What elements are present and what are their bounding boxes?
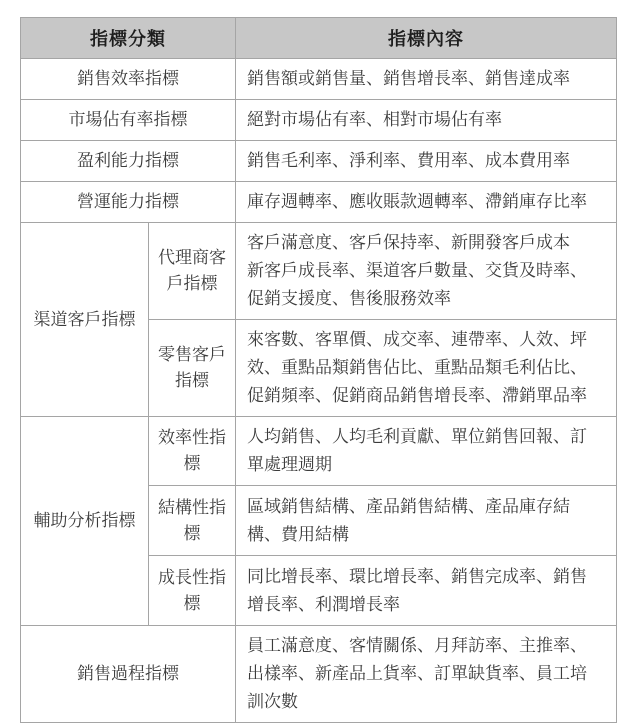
page: 指標分類 指標內容 銷售效率指標 銷售額或銷售量、銷售增長率、銷售達成率 市場佔… — [0, 0, 640, 726]
header-content: 指標內容 — [236, 18, 617, 59]
subcategory-agent-customer: 代理商客戶指標 — [149, 223, 236, 320]
category-profitability: 盈利能力指標 — [21, 141, 236, 182]
table-header-row: 指標分類 指標內容 — [21, 18, 617, 59]
content-efficiency: 人均銷售、人均毛利貢獻、單位銷售回報、訂 單處理週期 — [236, 417, 617, 486]
content-market-share: 絕對市場佔有率、相對市場佔有率 — [236, 100, 617, 141]
table-row: 輔助分析指標 效率性指標 人均銷售、人均毛利貢獻、單位銷售回報、訂 單處理週期 — [21, 417, 617, 486]
content-sales-process: 員工滿意度、客情關係、月拜訪率、主推率、 出樣率、新產品上貨率、訂單缺貨率、員工… — [236, 626, 617, 723]
subcategory-efficiency: 效率性指標 — [149, 417, 236, 486]
content-sales-efficiency: 銷售額或銷售量、銷售增長率、銷售達成率 — [236, 59, 617, 100]
content-agent-customer: 客戶滿意度、客戶保持率、新開發客戶成本 新客戶成長率、渠道客戶數量、交貨及時率、… — [236, 223, 617, 320]
category-operations: 營運能力指標 — [21, 182, 236, 223]
table-row: 銷售效率指標 銷售額或銷售量、銷售增長率、銷售達成率 — [21, 59, 617, 100]
subcategory-structural: 結構性指標 — [149, 486, 236, 556]
subcategory-retail-customer: 零售客戶指標 — [149, 320, 236, 417]
subcategory-growth: 成長性指標 — [149, 556, 236, 626]
content-growth: 同比增長率、環比增長率、銷售完成率、銷售 增長率、利潤增長率 — [236, 556, 617, 626]
table-row: 盈利能力指標 銷售毛利率、淨利率、費用率、成本費用率 — [21, 141, 617, 182]
table-row: 營運能力指標 庫存週轉率、應收賬款週轉率、滯銷庫存比率 — [21, 182, 617, 223]
category-market-share: 市場佔有率指標 — [21, 100, 236, 141]
category-channel-customer: 渠道客戶指標 — [21, 223, 149, 417]
category-auxiliary-analysis: 輔助分析指標 — [21, 417, 149, 626]
table-row: 渠道客戶指標 代理商客戶指標 客戶滿意度、客戶保持率、新開發客戶成本 新客戶成長… — [21, 223, 617, 320]
content-profitability: 銷售毛利率、淨利率、費用率、成本費用率 — [236, 141, 617, 182]
content-structural: 區域銷售結構、產品銷售結構、產品庫存結 構、費用結構 — [236, 486, 617, 556]
content-operations: 庫存週轉率、應收賬款週轉率、滯銷庫存比率 — [236, 182, 617, 223]
table-row: 銷售過程指標 員工滿意度、客情關係、月拜訪率、主推率、 出樣率、新產品上貨率、訂… — [21, 626, 617, 723]
category-sales-efficiency: 銷售效率指標 — [21, 59, 236, 100]
header-classification: 指標分類 — [21, 18, 236, 59]
indicator-table: 指標分類 指標內容 銷售效率指標 銷售額或銷售量、銷售增長率、銷售達成率 市場佔… — [20, 17, 617, 723]
content-retail-customer: 來客數、客單價、成交率、連帶率、人效、坪 效、重點品類銷售佔比、重點品類毛利佔比… — [236, 320, 617, 417]
category-sales-process: 銷售過程指標 — [21, 626, 236, 723]
table-row: 市場佔有率指標 絕對市場佔有率、相對市場佔有率 — [21, 100, 617, 141]
